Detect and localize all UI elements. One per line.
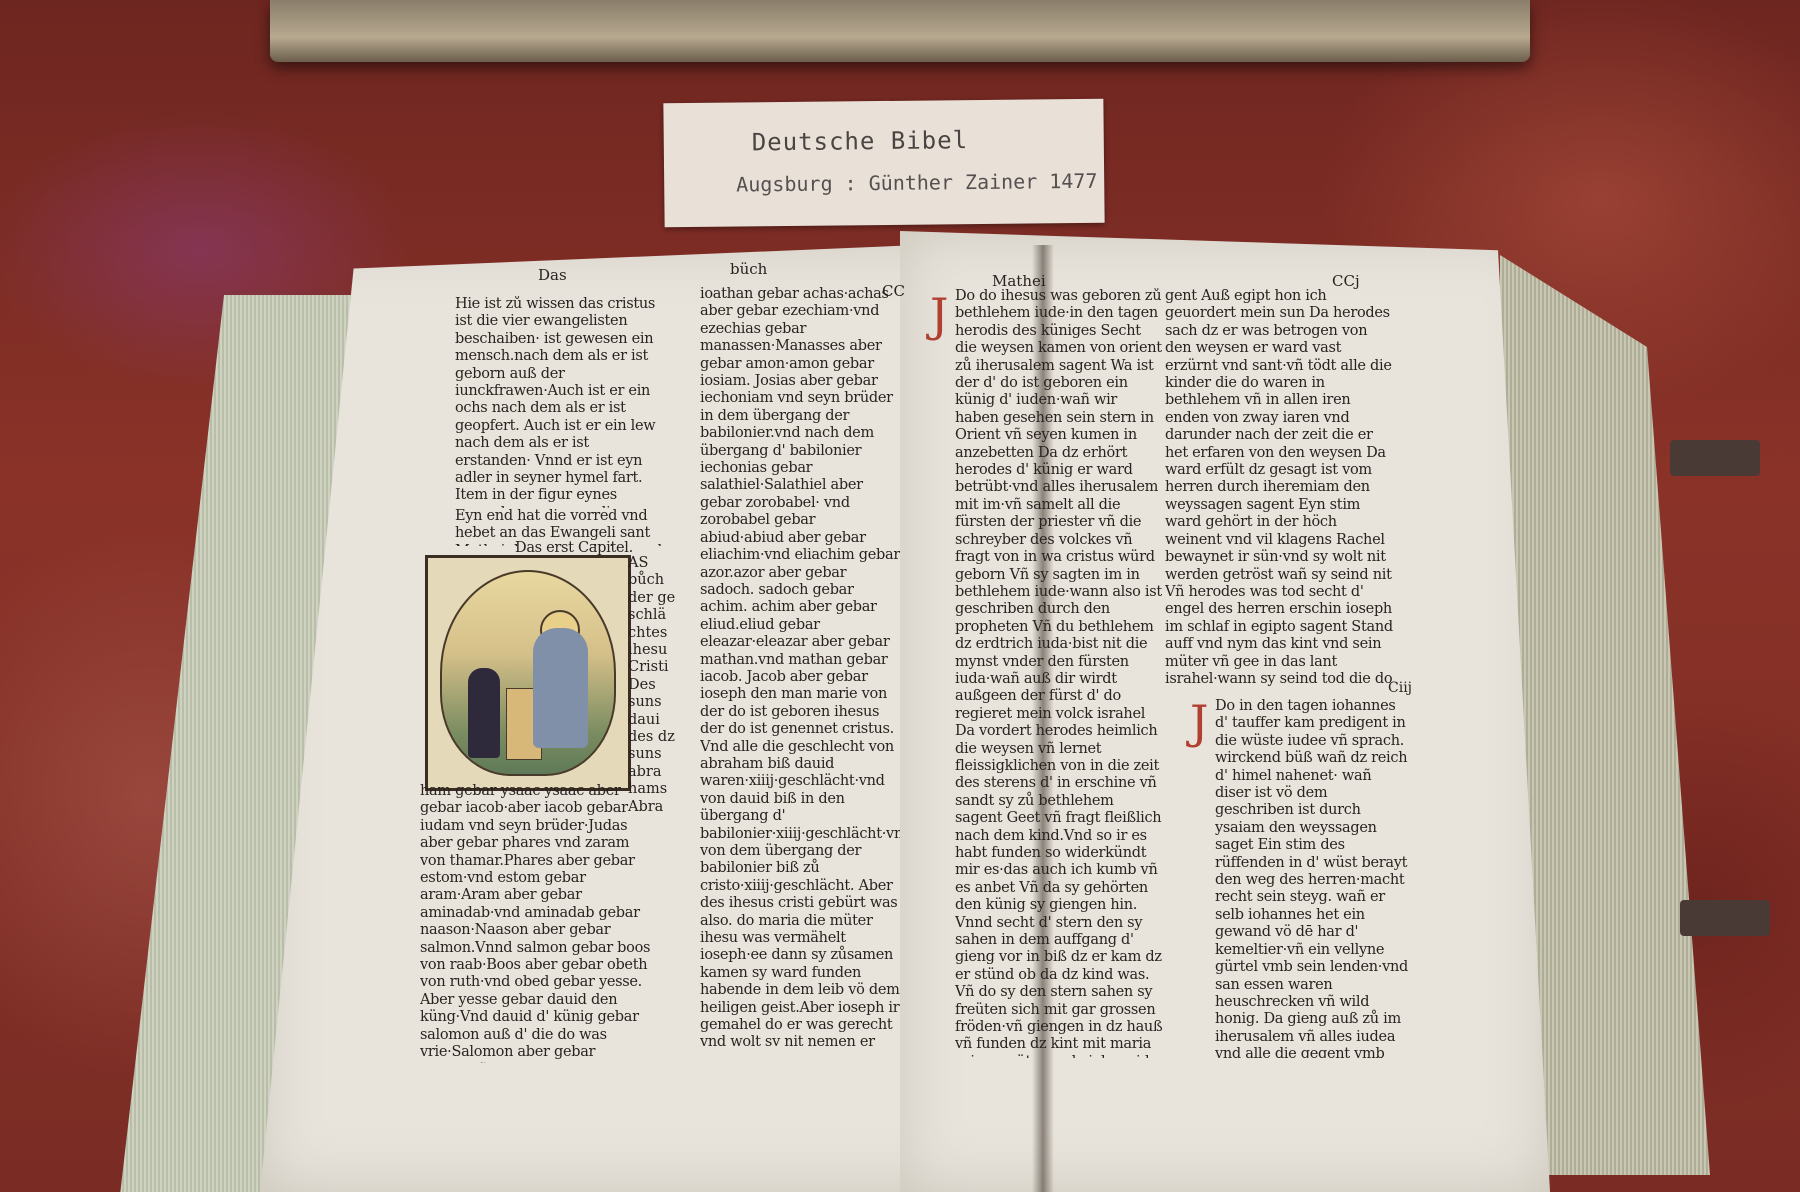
book-clasp-lower xyxy=(1680,900,1770,936)
left-page-column-2-text: ioathan gebar achas·achas aber gebar eze… xyxy=(700,286,900,1046)
historiated-initial-woodcut xyxy=(425,555,631,791)
left-page-column-1-continued: ham gebar ysaac·ysaac aber gebar iacob·a… xyxy=(420,783,655,1063)
left-page-running-head-right: büch xyxy=(730,260,767,278)
open-bible xyxy=(120,225,1710,1192)
woodcut-figure-saint xyxy=(533,628,588,748)
right-page-column-2-text: gent Auß egipt hon ich geuordert mein su… xyxy=(1165,288,1395,688)
chapter-marker: Ciij xyxy=(1388,680,1412,696)
initial-side-text: AS bůch der ge schlä chtes ihesu Cristi … xyxy=(628,555,686,816)
right-page-column-1-text: Do do ihesus was geboren zů bethlehem iu… xyxy=(955,288,1165,1058)
label-subtitle: Augsburg : Günther Zainer 1477 xyxy=(736,169,1097,197)
rubricated-initial-i: J xyxy=(1190,695,1208,749)
closed-book-top xyxy=(270,0,1530,62)
right-page-column-2-continued: Do in den tagen iohannes d' tauffer kam … xyxy=(1215,698,1410,1058)
left-page-running-head: Das xyxy=(538,266,567,284)
label-title: Deutsche Bibel xyxy=(752,126,969,156)
book-clasp-upper xyxy=(1670,440,1760,476)
display-label-card: Deutsche Bibel Augsburg : Günther Zainer… xyxy=(663,99,1104,228)
left-page-column-1-text: Hie ist zů wissen das cristus ist die vi… xyxy=(455,296,665,508)
woodcut-figure-kneeling xyxy=(468,668,500,758)
rubricated-initial-j: J xyxy=(930,288,948,342)
